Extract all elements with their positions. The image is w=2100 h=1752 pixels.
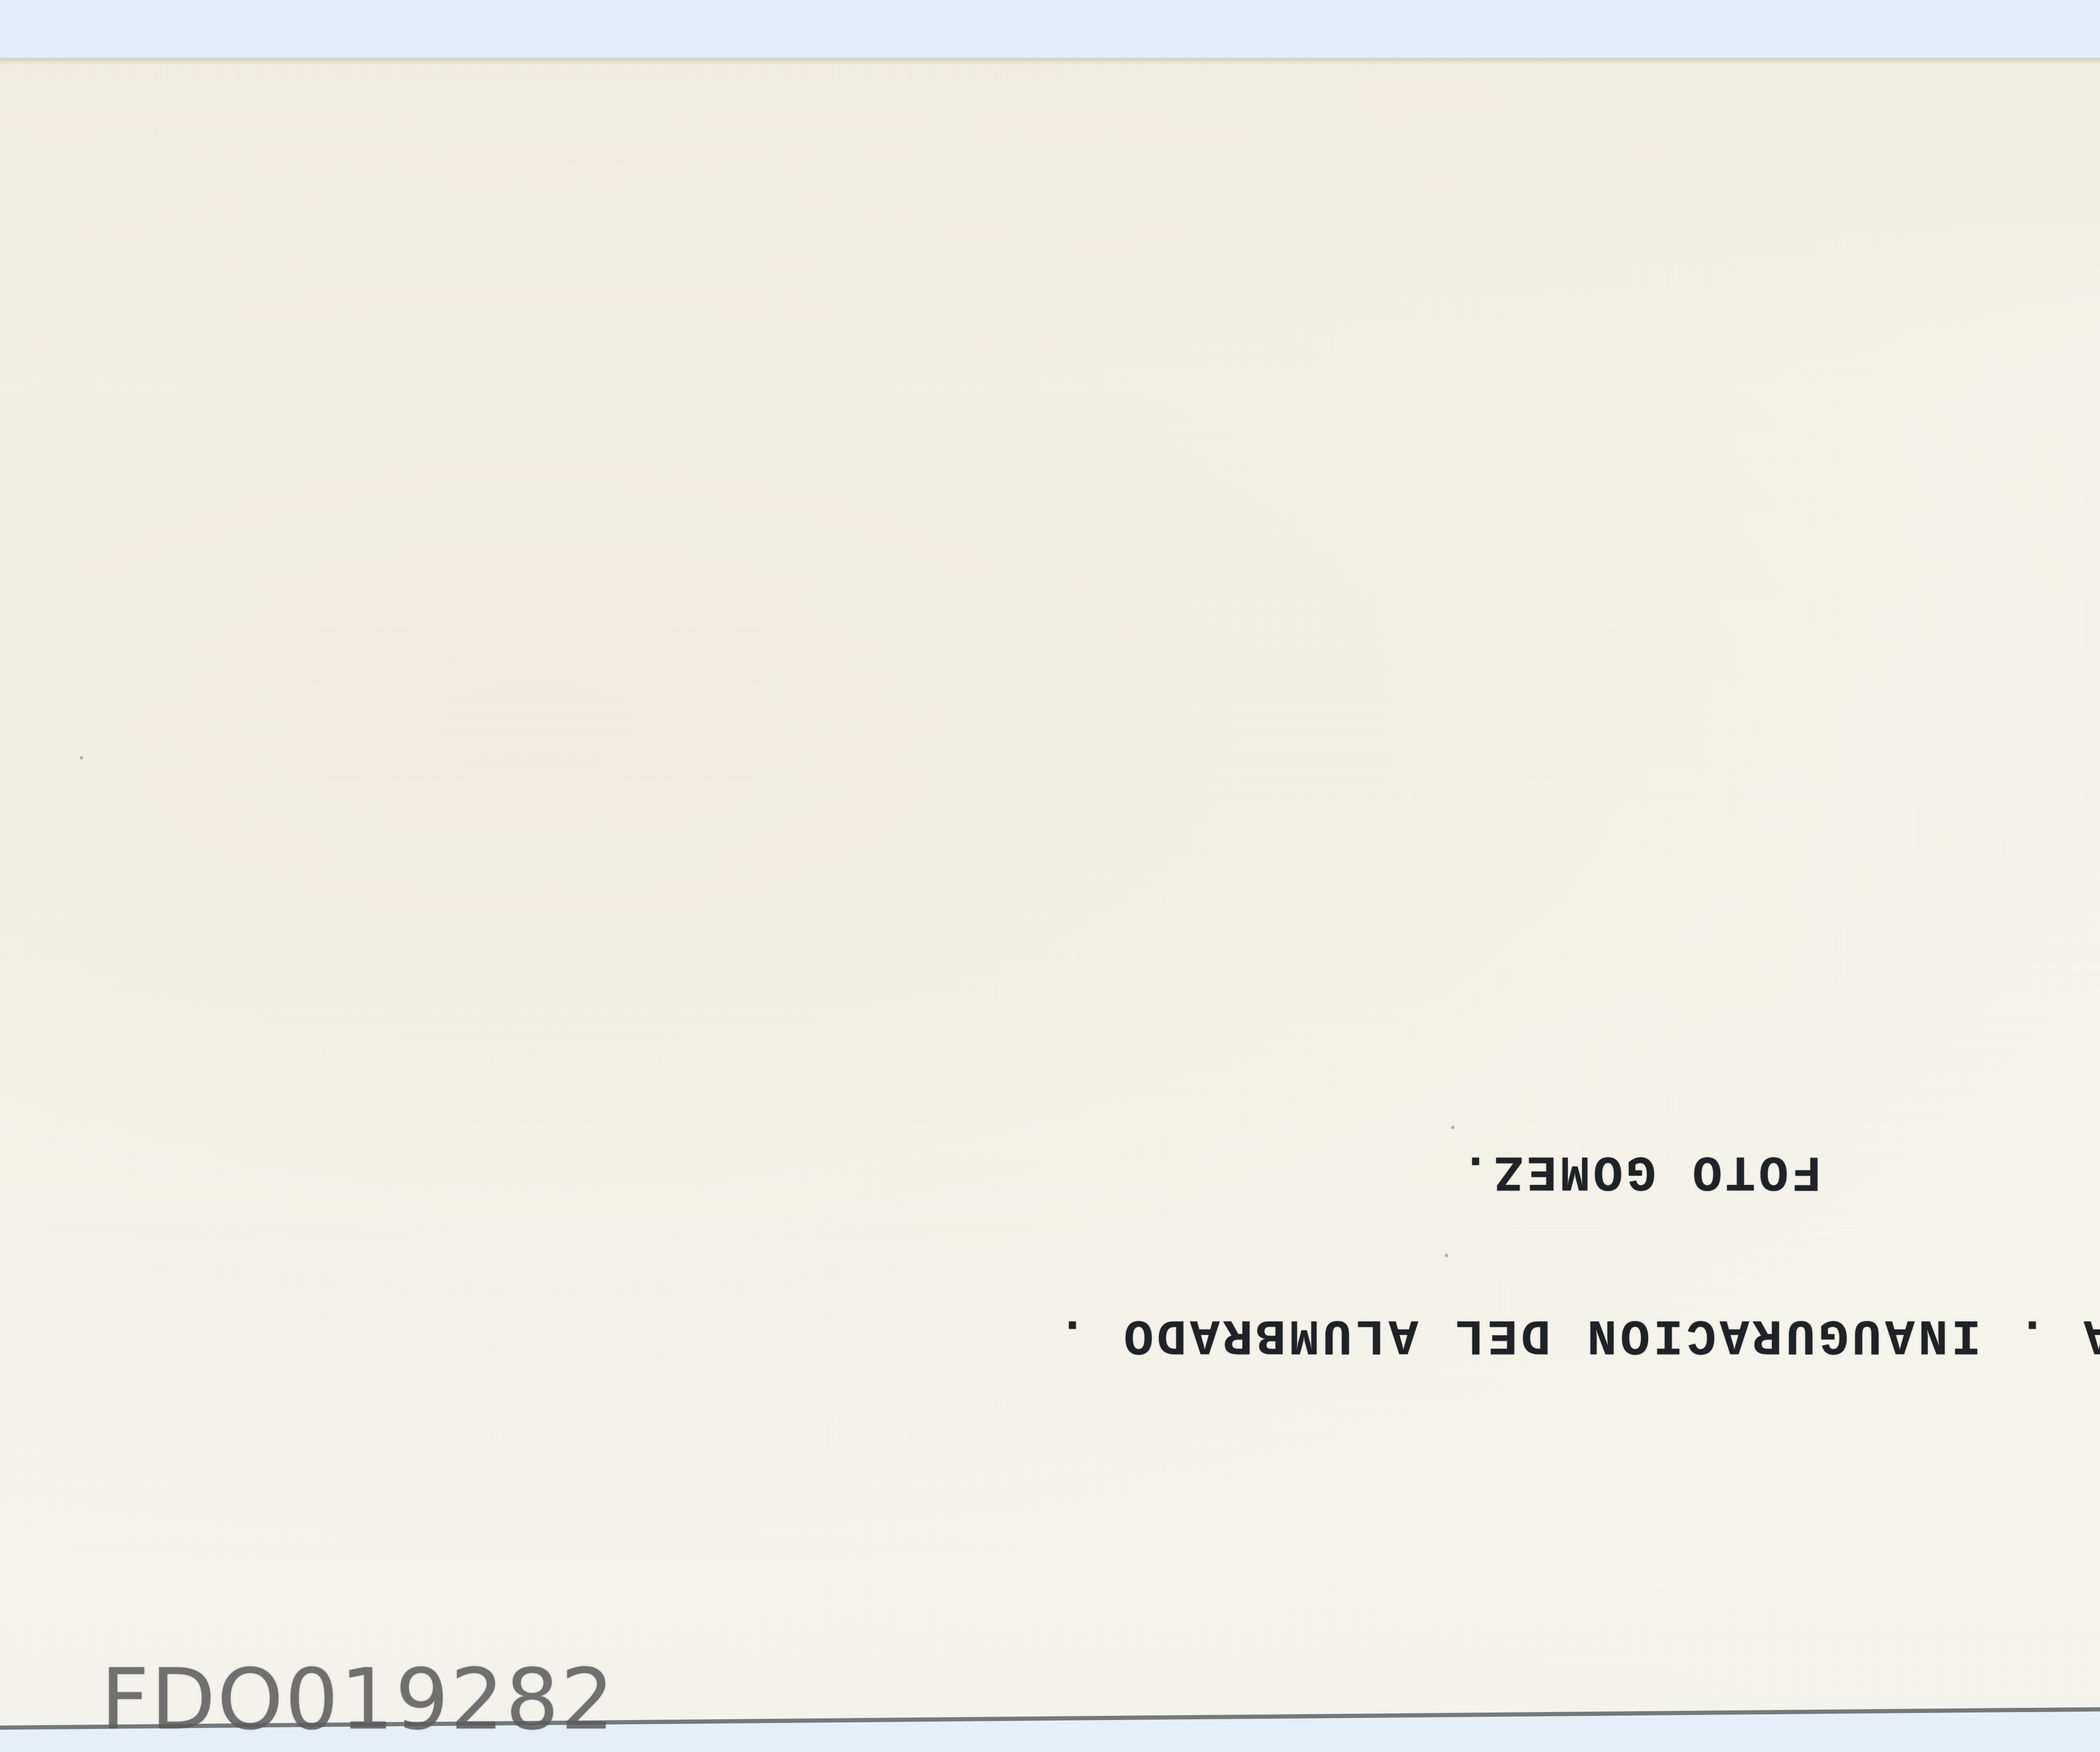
paper-speck: [80, 756, 83, 759]
photo-back-paper: [0, 59, 2100, 1728]
paper-speck: [1451, 1126, 1454, 1129]
pencil-archive-code: FDO019282: [101, 1651, 616, 1749]
typed-photographer-credit: FOTO GOMEZ.: [1457, 1143, 1822, 1198]
paper-top-edge: [0, 58, 2100, 65]
paper-speck: [1445, 1254, 1448, 1257]
typed-photo-caption: ANSERMA . INAUGURACION DEL ALUMBRADO .: [1054, 1306, 2100, 1362]
